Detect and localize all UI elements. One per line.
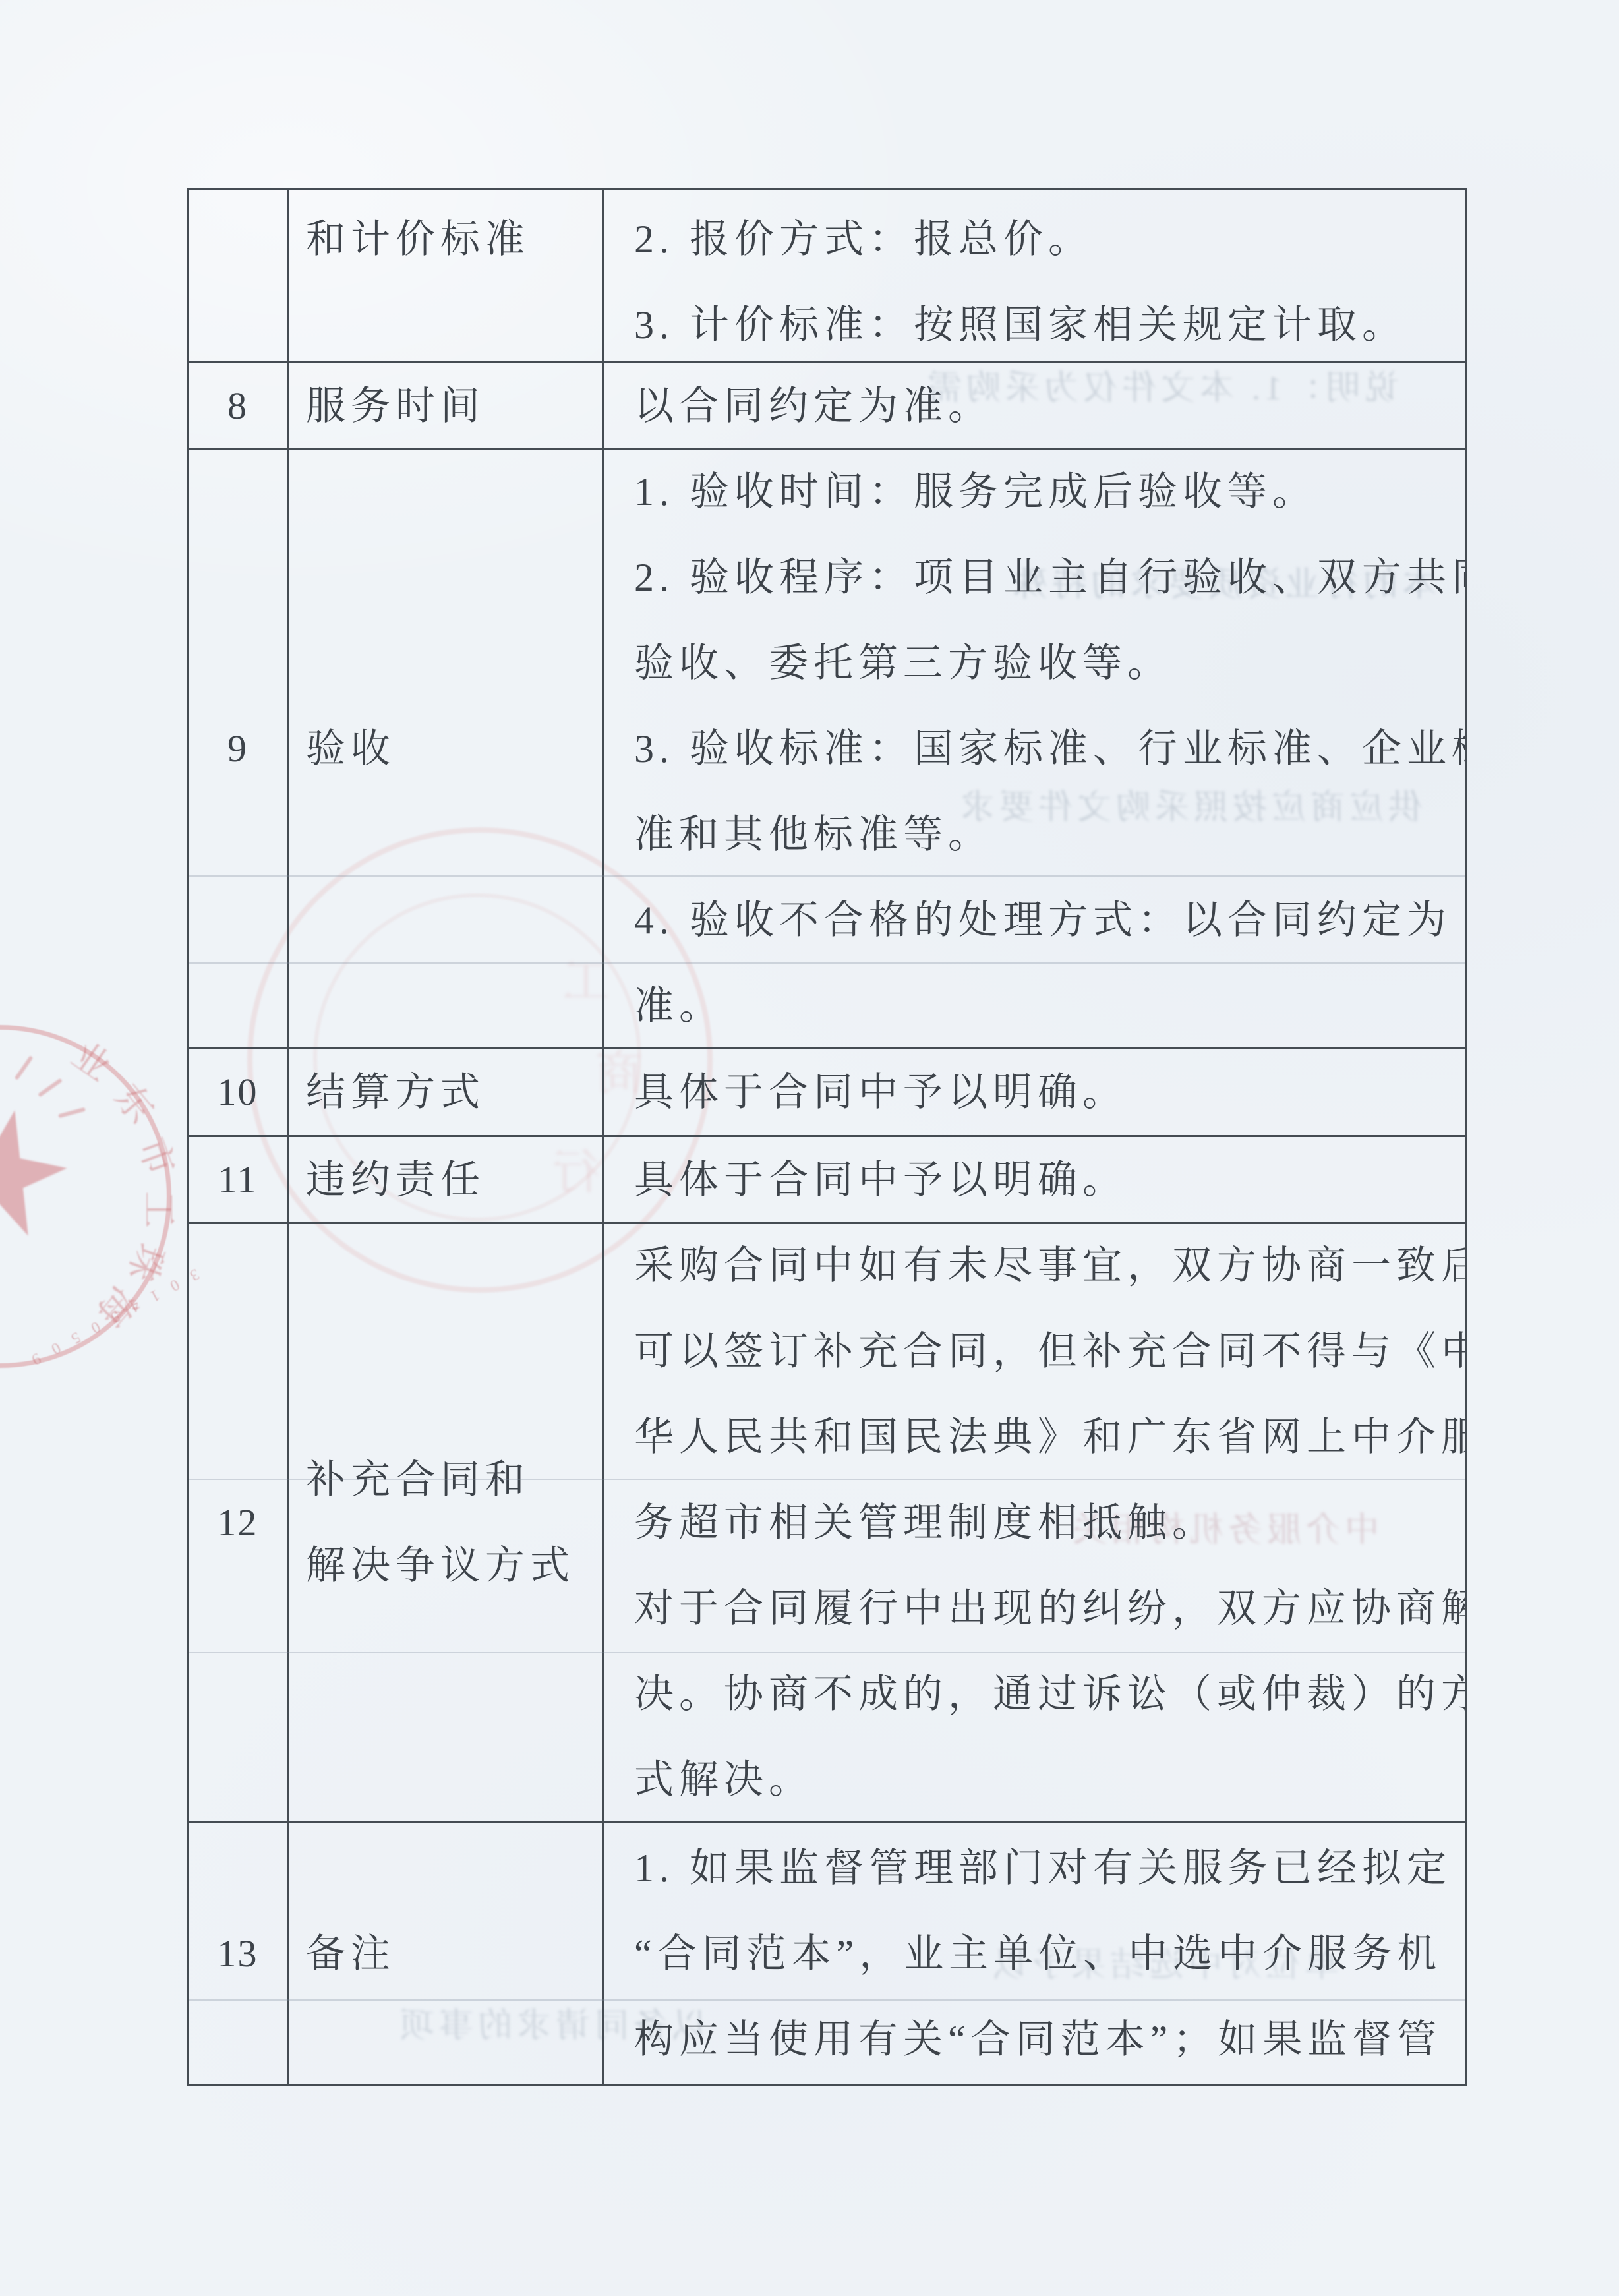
row-content-cell: 采购合同中如有未尽事宜，双方协商一致后可以签订补充合同，但补充合同不得与《中华人…	[604, 1224, 1465, 1821]
row-number-cell: 12	[189, 1224, 289, 1821]
table-row: 和计价标准2. 报价方式：报总价。3. 计价标准：按照国家相关规定计取。	[189, 190, 1465, 363]
table-row: 10结算方式具体于合同中予以明确。	[189, 1049, 1465, 1137]
row-content-cell: 1. 验收时间：服务完成后验收等。2. 验收程序：项目业主自行验收、双方共同验收…	[604, 450, 1465, 1047]
row-label-cell: 备注	[289, 1823, 604, 2084]
ghost-rule	[189, 1652, 1465, 1653]
row-number: 11	[218, 1137, 258, 1222]
row-number: 9	[227, 706, 248, 792]
contract-table: 和计价标准2. 报价方式：报总价。3. 计价标准：按照国家相关规定计取。8服务时…	[187, 188, 1467, 2086]
row-label-cell: 违约责任	[289, 1137, 604, 1222]
ghost-rule	[189, 1999, 1465, 2001]
row-label-cell: 服务时间	[289, 363, 604, 448]
row-number-cell: 9	[189, 450, 289, 1047]
row-label-line: 备注	[306, 1911, 602, 1997]
content-line: 可以签订补充合同，但补充合同不得与《中	[634, 1309, 1465, 1394]
row-content-cell: 1. 如果监督管理部门对有关服务已经拟定“合同范本”，业主单位、中选中介服务机构…	[604, 1823, 1465, 2084]
ghost-rule	[189, 875, 1465, 877]
content-line: 1. 如果监督管理部门对有关服务已经拟定	[634, 1825, 1465, 1911]
content-line: 以合同约定为准。	[634, 363, 1465, 448]
scanned-document-page: 说明：1. 本文件仅为采购需 本的行业资质要求的特殊 供应商应按照采购文件要求 …	[0, 0, 1619, 2296]
content-line: 准和其他标准等。	[634, 792, 1465, 877]
content-line: 华人民共和国民法典》和广东省网上中介服	[634, 1394, 1465, 1480]
row-content-cell: 以合同约定为准。	[604, 363, 1465, 448]
row-label-line: 解决争议方式	[306, 1523, 602, 1608]
content-line: 3. 计价标准：按照国家相关规定计取。	[634, 282, 1465, 361]
row-label-line: 服务时间	[306, 363, 602, 448]
content-line: 构应当使用有关“合同范本”；如果监督管	[634, 1997, 1465, 2082]
row-number-cell: 8	[189, 363, 289, 448]
row-label-line: 违约责任	[306, 1137, 602, 1222]
row-label-cell: 验收	[289, 450, 604, 1047]
row-number-cell: 11	[189, 1137, 289, 1222]
content-line: 务超市相关管理制度相抵触。	[634, 1480, 1465, 1566]
table-row: 11违约责任具体于合同中予以明确。	[189, 1137, 1465, 1224]
content-line: 具体于合同中予以明确。	[634, 1137, 1465, 1222]
row-content-cell: 2. 报价方式：报总价。3. 计价标准：按照国家相关规定计取。	[604, 190, 1465, 361]
content-line: 验收、委托第三方验收等。	[634, 620, 1465, 706]
table-row: 9验收1. 验收时间：服务完成后验收等。2. 验收程序：项目业主自行验收、双方共…	[189, 450, 1465, 1049]
row-label-line: 和计价标准	[306, 196, 602, 282]
content-line: 2. 验收程序：项目业主自行验收、双方共同	[634, 535, 1465, 620]
row-label-cell: 结算方式	[289, 1049, 604, 1135]
content-line: 决。协商不成的，通过诉讼（或仲裁）的方	[634, 1651, 1465, 1737]
ghost-rule	[189, 1479, 1465, 1480]
row-number: 10	[218, 1049, 258, 1135]
red-seal-stamp: ★ 3 0 1 4 5 0 5 0 9 业东市工珠海	[0, 1025, 171, 1368]
content-line: 准。	[634, 963, 1465, 1047]
content-line: “合同范本”，业主单位、中选中介服务机	[634, 1911, 1465, 1997]
content-line: 1. 验收时间：服务完成后验收等。	[634, 450, 1465, 535]
table-row: 12补充合同和解决争议方式采购合同中如有未尽事宜，双方协商一致后可以签订补充合同…	[189, 1224, 1465, 1823]
row-label-cell: 补充合同和解决争议方式	[289, 1224, 604, 1821]
row-content-cell: 具体于合同中予以明确。	[604, 1049, 1465, 1135]
content-line: 对于合同履行中出现的纠纷，双方应协商解	[634, 1566, 1465, 1651]
content-line: 式解决。	[634, 1737, 1465, 1821]
content-line: 4. 验收不合格的处理方式：以合同约定为	[634, 877, 1465, 963]
row-label-line: 验收	[306, 706, 602, 792]
content-line: 3. 验收标准：国家标准、行业标准、企业标	[634, 706, 1465, 792]
row-label-cell: 和计价标准	[289, 190, 604, 361]
row-label-line: 结算方式	[306, 1049, 602, 1135]
content-line: 具体于合同中予以明确。	[634, 1049, 1465, 1135]
row-number-cell: 10	[189, 1049, 289, 1135]
row-number: 8	[227, 363, 248, 448]
row-number-cell: 13	[189, 1823, 289, 2084]
row-content-cell: 具体于合同中予以明确。	[604, 1137, 1465, 1222]
row-number: 12	[218, 1480, 258, 1566]
content-line: 2. 报价方式：报总价。	[634, 196, 1465, 282]
seal-ring-char: 工	[140, 1191, 177, 1228]
ghost-rule	[189, 962, 1465, 964]
table-row: 13备注1. 如果监督管理部门对有关服务已经拟定“合同范本”，业主单位、中选中介…	[189, 1823, 1465, 2084]
table-row: 8服务时间以合同约定为准。	[189, 363, 1465, 450]
row-number-cell	[189, 190, 289, 361]
content-line: 采购合同中如有未尽事宜，双方协商一致后	[634, 1224, 1465, 1309]
row-number: 13	[218, 1911, 258, 1997]
